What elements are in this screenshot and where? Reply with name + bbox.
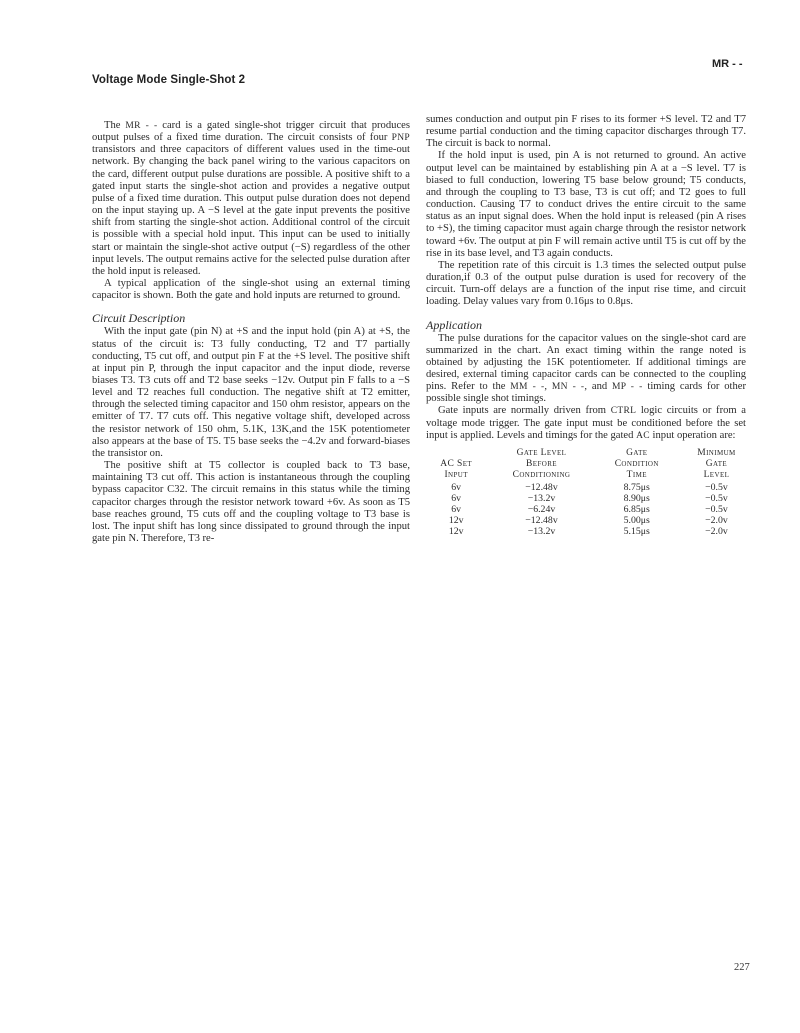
column-header: Gate: [595, 448, 679, 459]
running-title: Voltage Mode Single-Shot 2: [92, 74, 245, 86]
ac-set-input: 12v: [424, 526, 488, 537]
text-segment: , and: [584, 381, 612, 392]
table-header-row: Gate Level Gate Minimum: [424, 448, 754, 459]
text-segment: transistors and three capacitors of diff…: [92, 144, 410, 277]
column-header: Conditioning: [488, 470, 594, 481]
column-header: Gate Level: [488, 448, 594, 459]
table-header-row: Input Conditioning Time Level: [424, 470, 754, 481]
gate-condition-time: 5.00μs: [595, 515, 679, 526]
application-heading: Application: [426, 318, 746, 332]
column-header: Time: [595, 470, 679, 481]
intro-paragraph-2: A typical application of the single-shot…: [92, 278, 410, 302]
column-header: [424, 448, 488, 459]
minimum-gate-level: −0.5v: [679, 504, 754, 515]
ac-set-input: 6v: [424, 482, 488, 493]
card-code-inline: MR - -: [125, 121, 157, 131]
minimum-gate-level: −2.0v: [679, 526, 754, 537]
ctrl-term: CTRL: [611, 406, 636, 416]
ac-set-input: 6v: [424, 504, 488, 515]
table-row: 12v −12.48v 5.00μs −2.0v: [424, 515, 754, 526]
column-header: Gate: [679, 459, 754, 470]
gate-level-before: −13.2v: [488, 493, 594, 504]
ac-set-input: 6v: [424, 493, 488, 504]
table-row: 6v −13.2v 8.90μs −0.5v: [424, 493, 754, 504]
continued-paragraph: sumes conduction and output pin F rises …: [426, 114, 746, 150]
ac-term: AC: [636, 431, 650, 441]
minimum-gate-level: −2.0v: [679, 515, 754, 526]
gate-level-before: −13.2v: [488, 526, 594, 537]
circuit-paragraph-1: With the input gate (pin N) at +S and th…: [92, 326, 410, 460]
page-number: 227: [734, 962, 750, 973]
column-header: Input: [424, 470, 488, 481]
gate-condition-time: 8.90μs: [595, 493, 679, 504]
application-paragraph-1: The pulse durations for the capacitor va…: [426, 333, 746, 406]
hold-input-paragraph: If the hold input is used, pin A is not …: [426, 150, 746, 259]
right-column: sumes conduction and output pin F rises …: [426, 114, 746, 538]
pnp-term: PNP: [392, 133, 410, 143]
ac-set-input: 12v: [424, 515, 488, 526]
mm-card-code: MM - -: [510, 382, 544, 392]
table-row: 6v −6.24v 6.85μs −0.5v: [424, 504, 754, 515]
text-segment: input operation are:: [650, 430, 736, 441]
gate-level-before: −12.48v: [488, 482, 594, 493]
application-paragraph-2: Gate inputs are normally driven from CTR…: [426, 405, 746, 441]
mp-card-code: MP - -: [612, 382, 643, 392]
gate-level-before: −6.24v: [488, 504, 594, 515]
circuit-description-heading: Circuit Description: [92, 311, 410, 325]
minimum-gate-level: −0.5v: [679, 482, 754, 493]
text-segment: ,: [544, 381, 551, 392]
intro-paragraph-1: The MR - - card is a gated single-shot t…: [92, 120, 410, 278]
circuit-paragraph-2: The positive shift at T5 collector is co…: [92, 460, 410, 545]
gate-condition-time: 5.15μs: [595, 526, 679, 537]
card-code: MR - -: [712, 58, 743, 70]
column-header: Minimum: [679, 448, 754, 459]
table-header-row: AC Set Before Condition Gate: [424, 459, 754, 470]
left-column: The MR - - card is a gated single-shot t…: [92, 120, 410, 545]
gate-level-before: −12.48v: [488, 515, 594, 526]
repetition-rate-paragraph: The repetition rate of this circuit is 1…: [426, 260, 746, 309]
table-row: 12v −13.2v 5.15μs −2.0v: [424, 526, 754, 537]
mn-card-code: MN - -: [552, 382, 585, 392]
gate-condition-time: 6.85μs: [595, 504, 679, 515]
minimum-gate-level: −0.5v: [679, 493, 754, 504]
column-header: AC Set: [424, 459, 488, 470]
gate-timing-table: Gate Level Gate Minimum AC Set Before Co…: [424, 448, 754, 538]
text-segment: The: [104, 120, 125, 131]
text-segment: Gate inputs are normally driven from: [438, 405, 611, 416]
column-header: Before: [488, 459, 594, 470]
column-header: Condition: [595, 459, 679, 470]
table-row: 6v −12.48v 8.75μs −0.5v: [424, 482, 754, 493]
column-header: Level: [679, 470, 754, 481]
gate-condition-time: 8.75μs: [595, 482, 679, 493]
